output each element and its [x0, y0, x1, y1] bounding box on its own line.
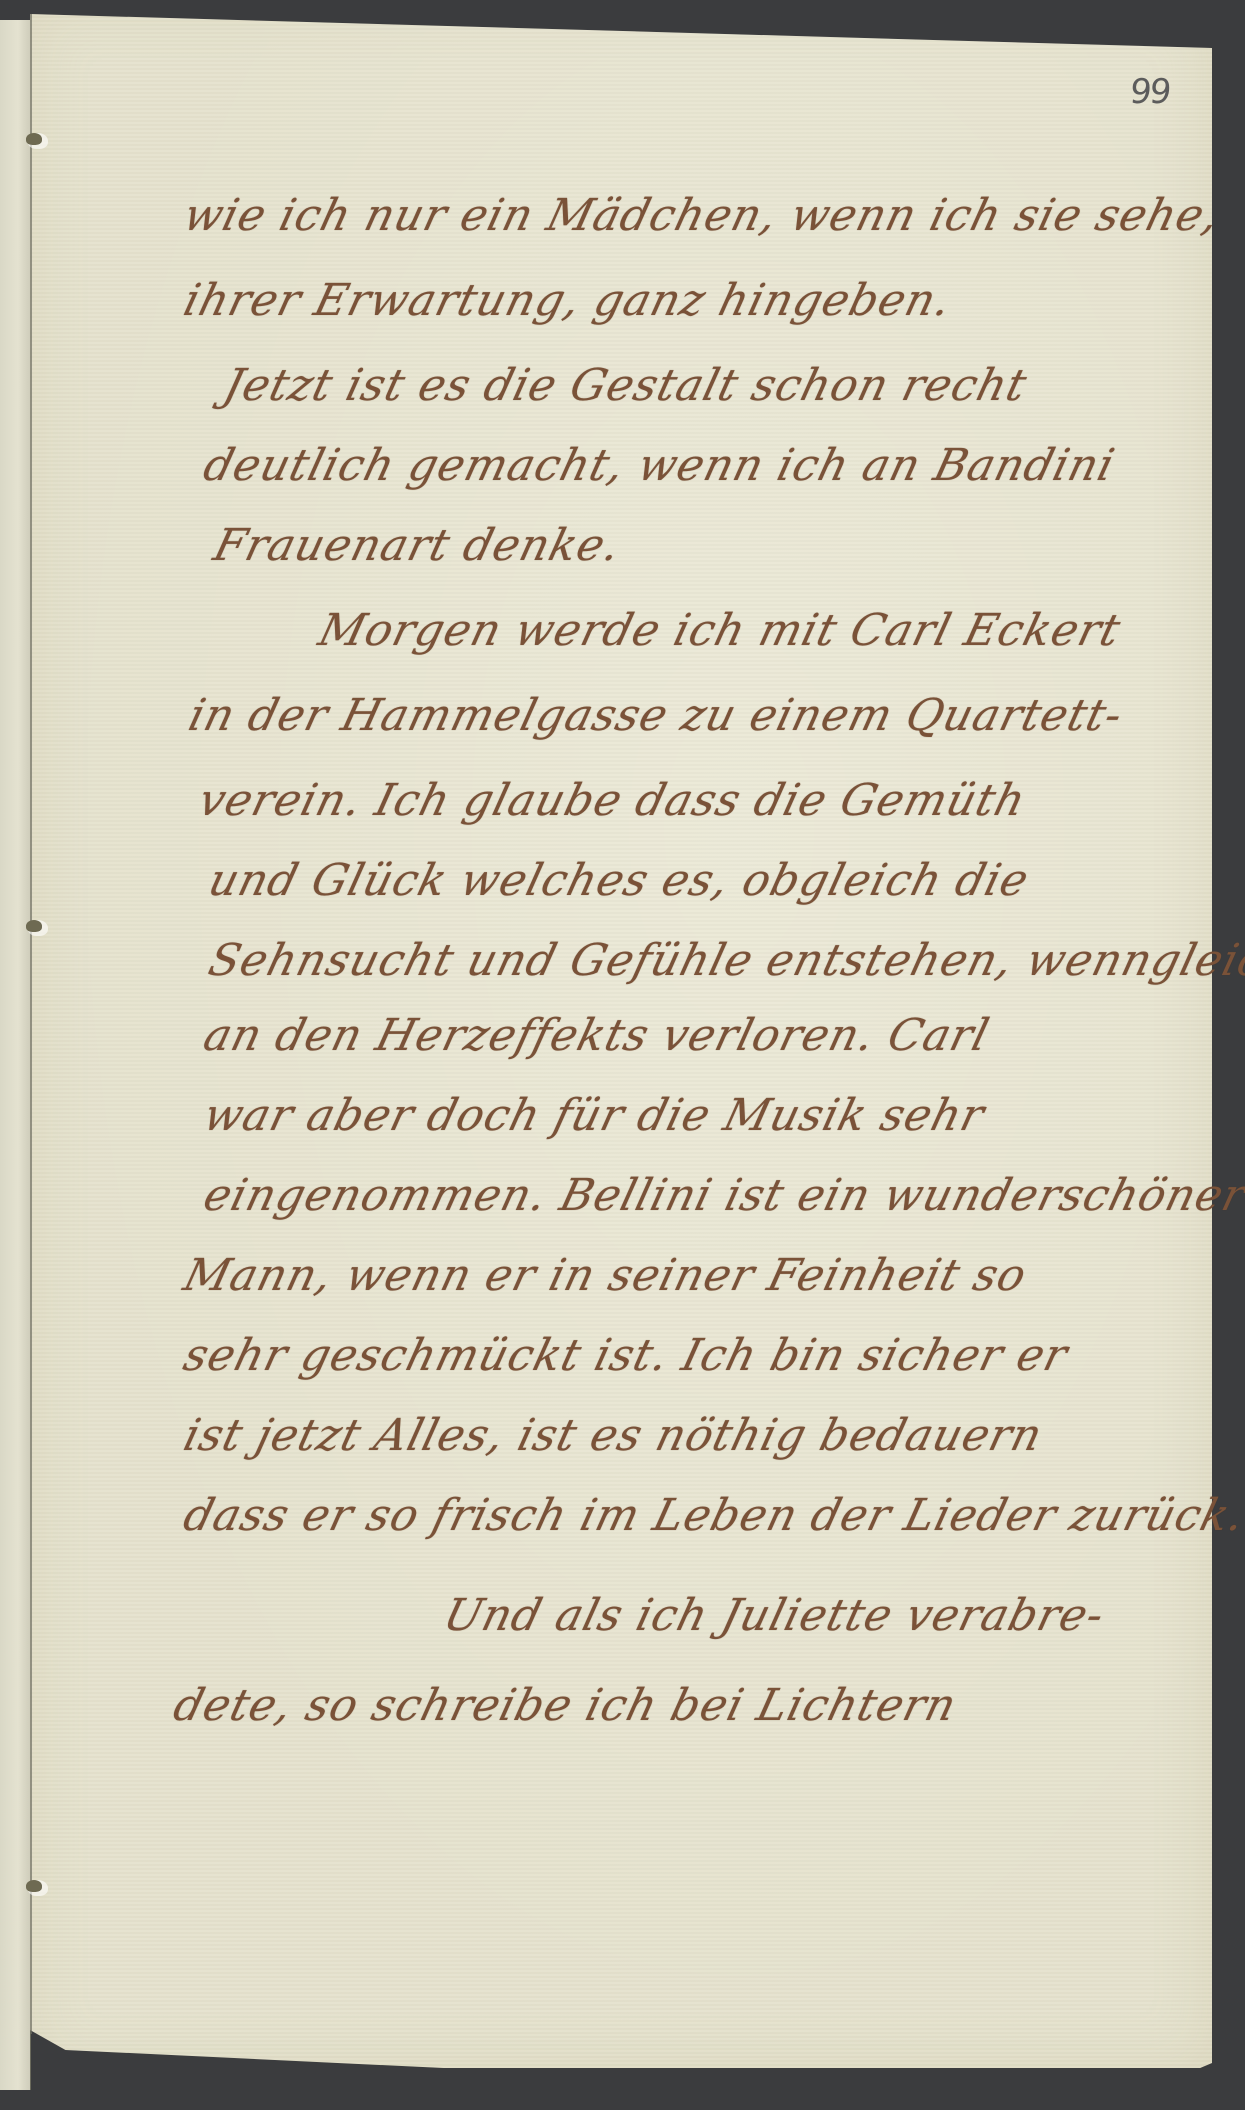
text-line: und Glück welches es, obgleich die — [204, 855, 1035, 906]
text-line: eingenommen. Bellini ist ein wunderschön… — [199, 1170, 1245, 1221]
text-line: sehr geschmückt ist. Ich bin sicher er — [179, 1330, 1073, 1381]
text-line: in der Hammelgasse zu einem Quartett- — [184, 690, 1128, 741]
text-line: dass er so frisch im Leben der Lieder zu… — [179, 1490, 1245, 1541]
binding-gutter — [30, 14, 32, 2034]
text-line: wie ich nur ein Mädchen, wenn ich sie se… — [179, 190, 1225, 241]
binding-stitch-icon — [26, 920, 42, 932]
text-line: Morgen werde ich mit Carl Eckert — [314, 605, 1126, 656]
folio-number: 99 — [1128, 72, 1171, 112]
text-line: dete, so schreibe ich bei Lichtern — [169, 1680, 962, 1731]
text-line: ihrer Erwartung, ganz hingeben. — [179, 275, 957, 326]
text-line: Und als ich Juliette verabre- — [439, 1590, 1110, 1641]
text-line: Frauenart denke. — [209, 520, 626, 571]
binding-stitch-icon — [26, 1880, 42, 1892]
text-line: ist jetzt Alles, ist es nöthig bedauern — [179, 1410, 1048, 1461]
text-line: verein. Ich glaube dass die Gemüth — [194, 775, 1031, 826]
text-line: Mann, wenn er in seiner Feinheit so — [179, 1250, 1032, 1301]
binding-stitch-icon — [26, 133, 42, 145]
text-line: an den Herzeffekts verloren. Carl — [199, 1010, 995, 1061]
previous-page-edge — [0, 20, 31, 2090]
text-line: Sehnsucht und Gefühle entstehen, wenngle… — [204, 935, 1245, 986]
text-line: Jetzt ist es die Gestalt schon recht — [219, 360, 1033, 411]
text-line: war aber doch für die Musik sehr — [199, 1090, 990, 1141]
text-line: deutlich gemacht, wenn ich an Bandini — [199, 440, 1120, 491]
